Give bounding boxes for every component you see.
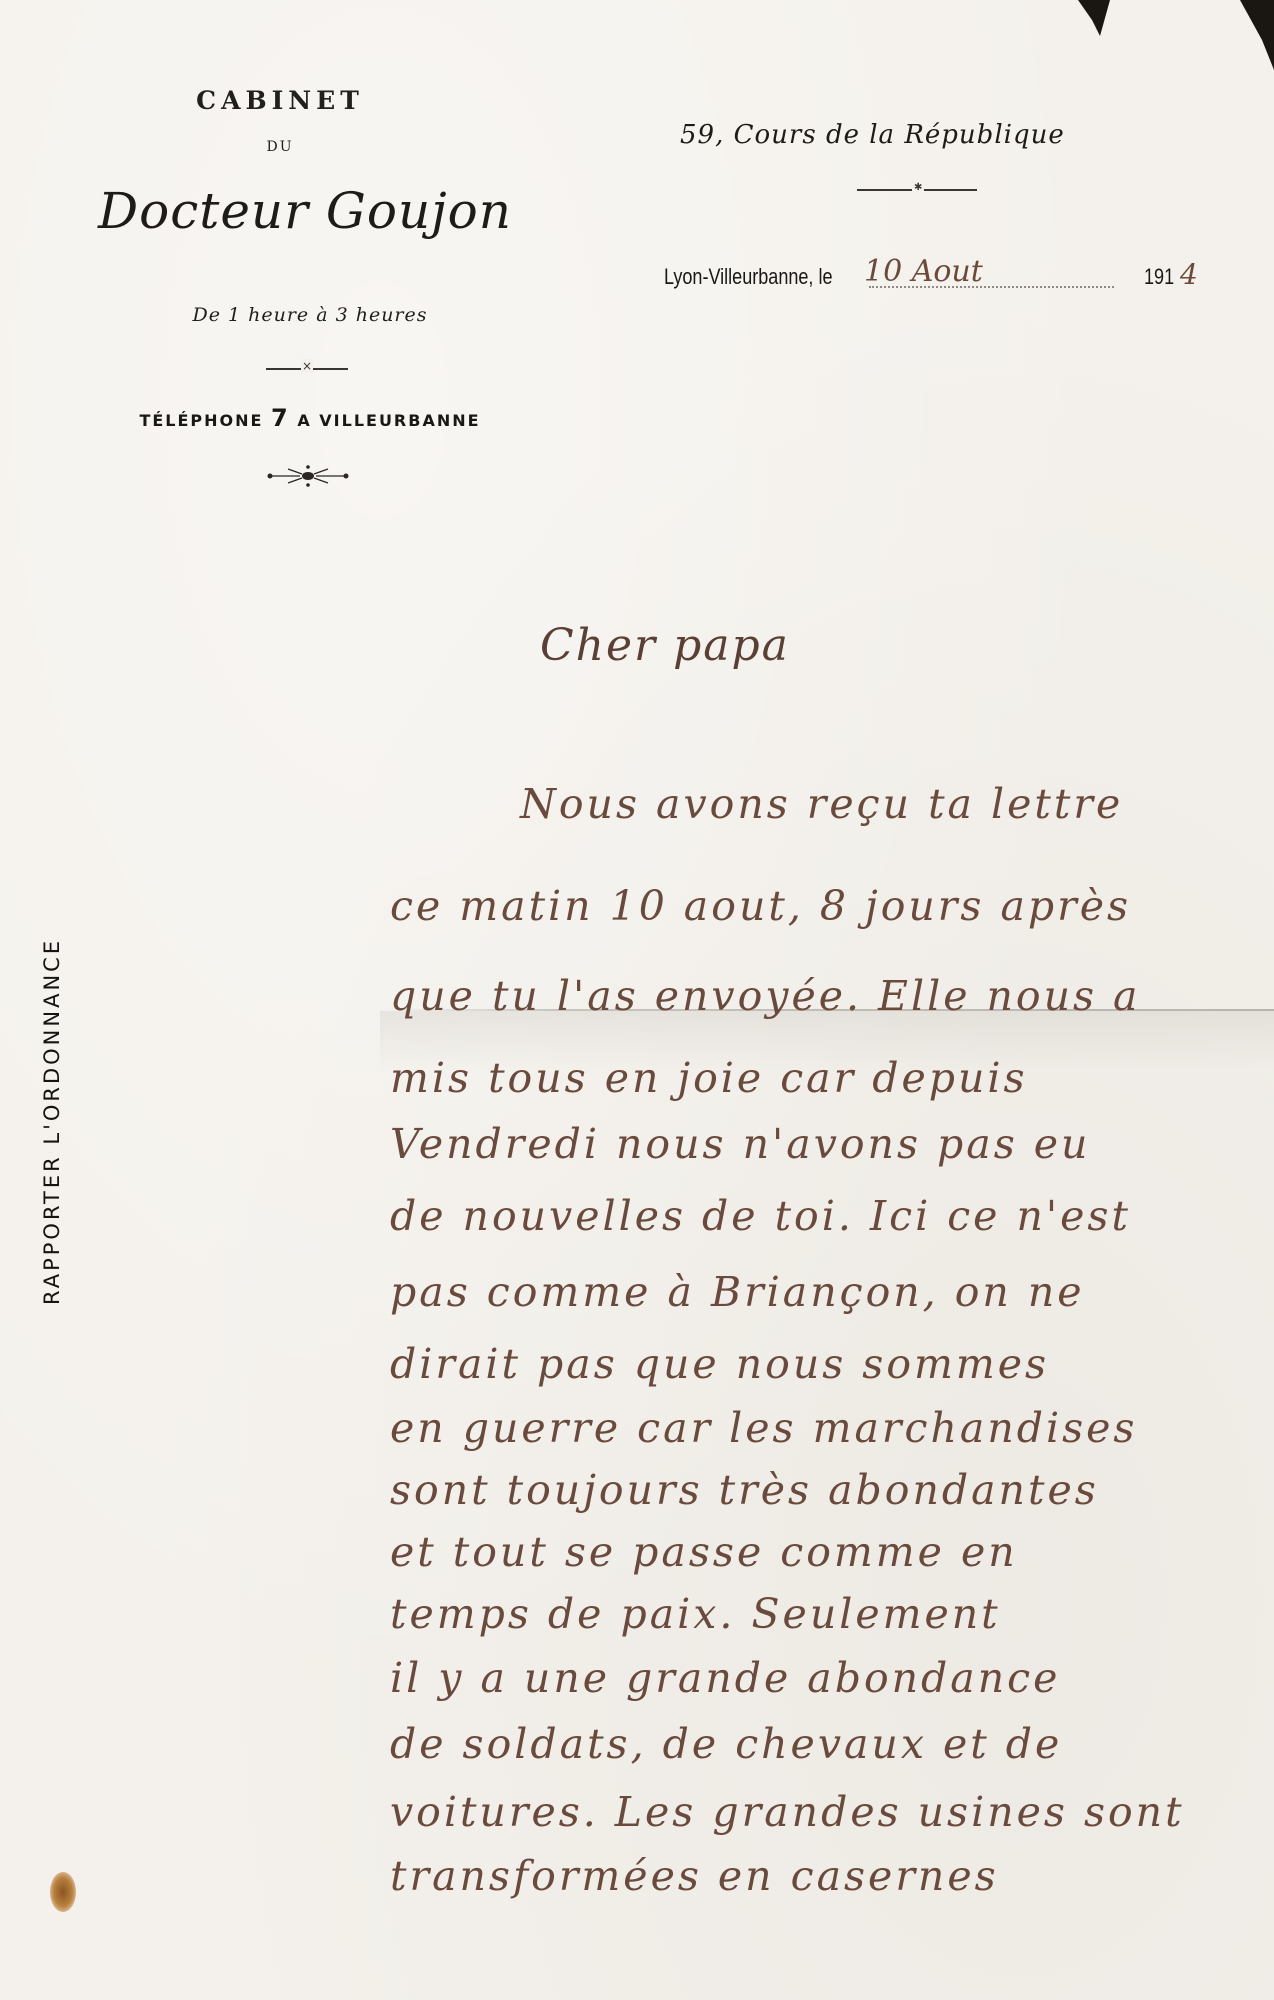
fleuron-ornament-icon	[266, 464, 350, 488]
letter-line: temps de paix. Seulement	[390, 1590, 1001, 1638]
letterhead-cabinet: CABINET	[130, 86, 430, 115]
dateline: Lyon-Villeurbanne, le 10 Aout 191 4	[664, 258, 1204, 298]
letterhead-address: 59, Cours de la République	[680, 120, 1160, 150]
dateline-handwritten-date: 10 Aout	[864, 254, 983, 289]
letter-line: Vendredi nous n'avons pas eu	[390, 1120, 1090, 1168]
letter-salutation: Cher papa	[540, 620, 790, 671]
dateline-place: Lyon-Villeurbanne, le	[664, 264, 832, 290]
letter-line: voitures. Les grandes usines sont	[390, 1788, 1185, 1836]
star-divider-icon	[857, 189, 977, 191]
letterhead-hours: De 1 heure à 3 heures	[140, 304, 480, 326]
letter-line: dirait pas que nous sommes	[390, 1340, 1049, 1388]
letterhead-du: DU	[230, 139, 330, 155]
telephone-label: TÉLÉPHONE	[139, 411, 263, 430]
rust-stain	[50, 1872, 76, 1912]
telephone-number: 7	[271, 404, 290, 432]
letter-line: en guerre car les marchandises	[390, 1404, 1137, 1452]
letter-line: sont toujours très abondantes	[390, 1466, 1099, 1514]
side-notice-text: RAPPORTER L'ORDONNANCE	[40, 938, 64, 1305]
divider-ornament-icon	[266, 368, 348, 370]
letter-line: transformées en casernes	[390, 1852, 999, 1900]
dateline-year-printed: 191	[1144, 264, 1174, 290]
letter-line: mis tous en joie car depuis	[390, 1054, 1028, 1102]
letter-line: de nouvelles de toi. Ici ce n'est	[390, 1192, 1131, 1240]
letter-line: ce matin 10 aout, 8 jours après	[390, 882, 1131, 930]
letterhead-doctor-name: Docteur Goujon	[70, 182, 540, 240]
dateline-year-handwritten: 4	[1180, 258, 1198, 291]
telephone-city: A VILLEURBANNE	[297, 411, 480, 430]
letter-line: Nous avons reçu ta lettre	[520, 780, 1123, 828]
letter-line: et tout se passe comme en	[390, 1528, 1018, 1576]
letter-line: il y a une grande abondance	[390, 1654, 1060, 1702]
letter-line: de soldats, de chevaux et de	[390, 1720, 1062, 1768]
letterhead-telephone: TÉLÉPHONE 7 A VILLEURBANNE	[120, 404, 500, 432]
letter-line: que tu l'as envoyée. Elle nous a	[390, 972, 1141, 1020]
letter-line: pas comme à Briançon, on ne	[390, 1268, 1085, 1316]
